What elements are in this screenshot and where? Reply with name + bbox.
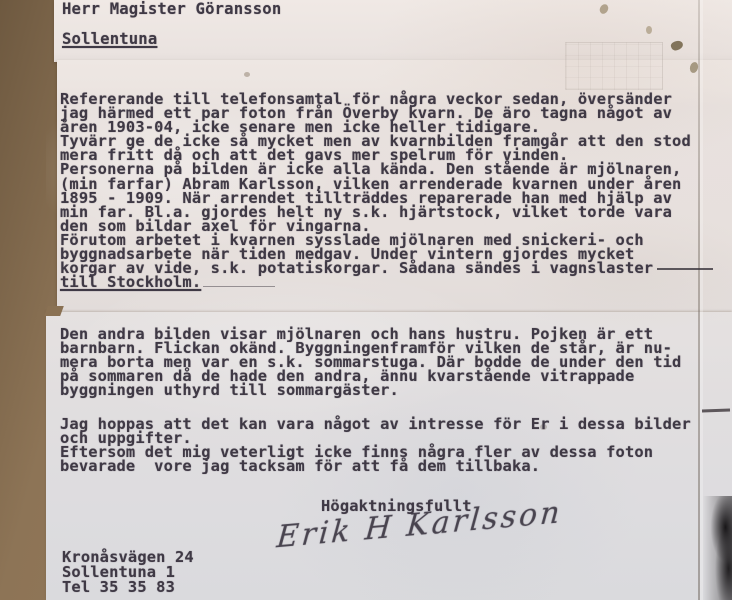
trailing-rule-mark xyxy=(657,268,713,270)
letter-line: bevarade vore jag tacksam för att få dem… xyxy=(60,459,691,473)
letter-text: Herr Magister Göransson Sollentuna Refer… xyxy=(0,0,732,600)
paragraph: Refererande till telefonsamtal för några… xyxy=(60,92,713,289)
letter-line: till Stockholm. xyxy=(60,275,713,289)
sender-phone: Tel 35 35 83 xyxy=(62,580,194,595)
recipient-line: Herr Magister Göransson xyxy=(62,2,281,17)
paragraph: Jag hoppas att det kan vara något av int… xyxy=(60,417,691,473)
letter-line: byggningen uthyrd till sommargäster. xyxy=(60,383,681,397)
trailing-underline-mark xyxy=(203,285,275,287)
recipient-place: Sollentuna xyxy=(62,32,157,47)
sender-address-block: Kronåsvägen 24 Sollentuna 1 Tel 35 35 83 xyxy=(62,550,194,595)
cardboard-backing: Herr Magister Göransson Sollentuna Refer… xyxy=(0,0,732,600)
paragraph: Den andra bilden visar mjölnaren och han… xyxy=(60,327,681,397)
